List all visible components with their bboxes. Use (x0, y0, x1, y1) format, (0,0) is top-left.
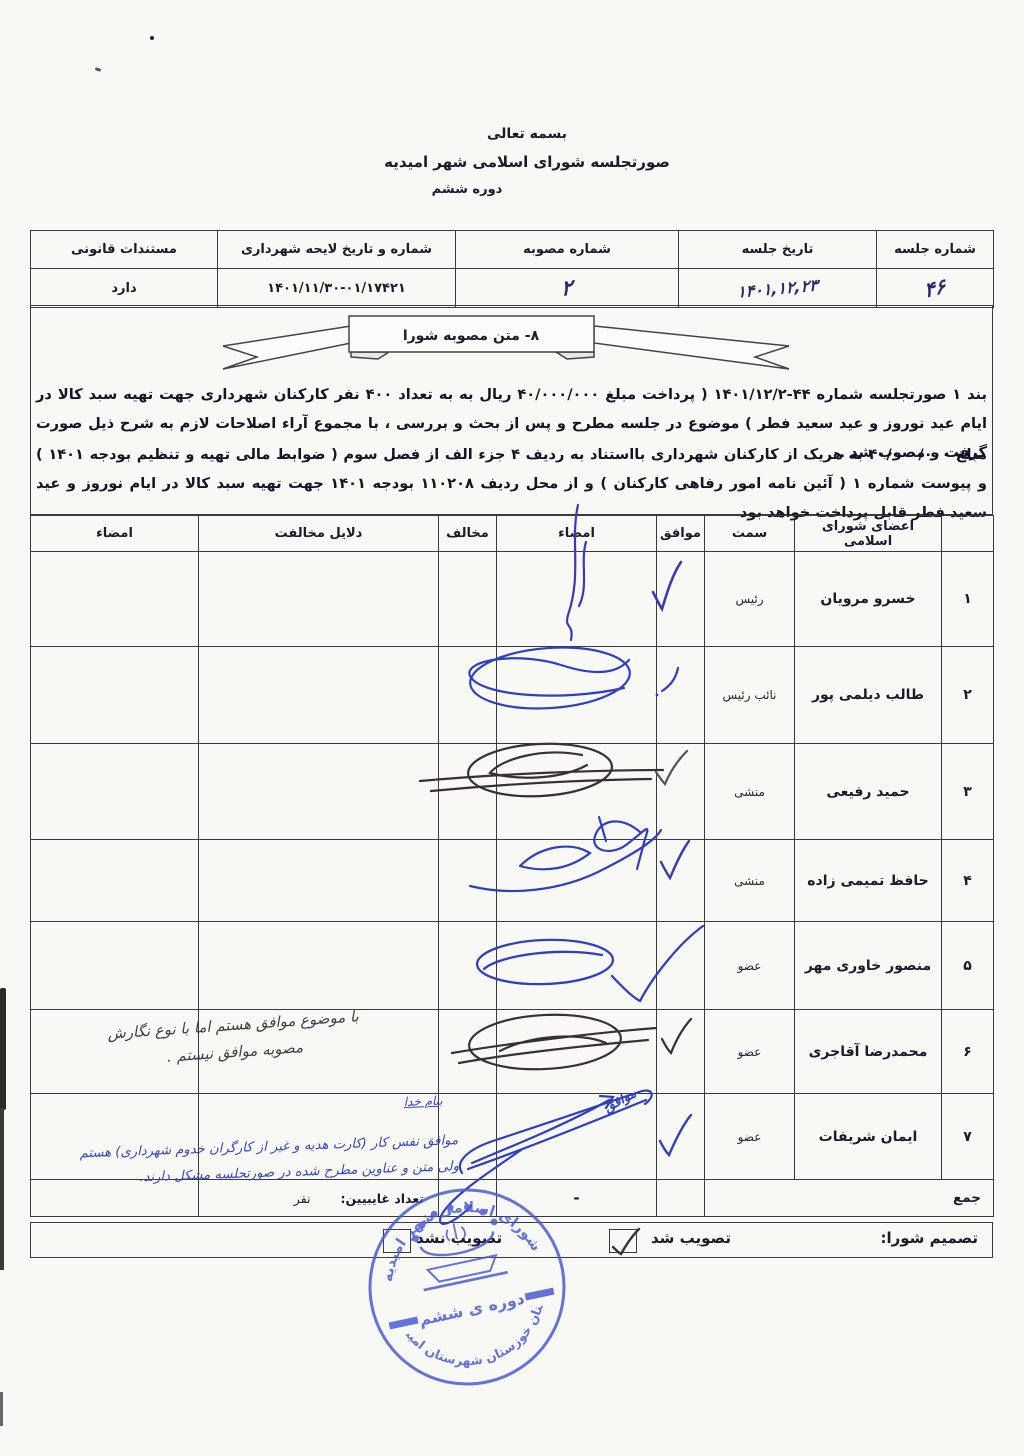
member-no: ۵ (942, 922, 994, 1010)
member-no: ۱ (942, 552, 994, 647)
stamp-band (386, 1279, 557, 1338)
agree-cell (657, 840, 705, 922)
oppose-cell (439, 744, 497, 840)
approved-checkbox (609, 1229, 637, 1253)
oppose-cell (439, 647, 497, 744)
oppose-reasons-cell (199, 744, 439, 840)
document-title: صورتجلسه شورای اسلامی شهر امیدیه (15, 153, 1024, 171)
members-header-oppose: مخالف (439, 516, 497, 552)
member-position: نائب رئیس (705, 647, 795, 744)
member-row: ۵ منصور خاوری مهر عضو (31, 922, 994, 1010)
not-approved-label: تصویب نشد (416, 1229, 502, 1247)
handwritten-resolution-no: ۲ (561, 275, 573, 301)
total-dash: - (497, 1180, 657, 1217)
signature-cell (497, 840, 657, 922)
resolution-box: ۸- متن مصوبه شورا بند ۱ صورتجلسه شماره ۴… (30, 305, 993, 515)
member-position: عضو (705, 922, 795, 1010)
member-name: طالب دیلمی پور (795, 647, 942, 744)
ribbon-left-tail (223, 326, 351, 369)
scan-artifact (0, 1108, 4, 1270)
oppose-reasons-cell (199, 647, 439, 744)
scanned-minutes-page: بسمه تعالی صورتجلسه شورای اسلامی شهر امی… (0, 0, 1024, 1456)
agree-cell (657, 552, 705, 647)
ribbon-fold (351, 352, 389, 359)
not-approved-checkbox (383, 1229, 411, 1253)
members-header-no (942, 516, 994, 552)
member-name: خسرو مرویان (795, 552, 942, 647)
members-header-signature: امضاء (497, 516, 657, 552)
member-no: ۶ (942, 1010, 994, 1094)
stamp-band-label: دوره ی ششم (417, 1289, 526, 1330)
member-position: منشی (705, 744, 795, 840)
objection-note-row7: بنام خدا موافق نفس کار (کارت هدیه و غیر … (4, 1074, 460, 1215)
members-header-position: سمت (705, 516, 795, 552)
oppose-cell (439, 552, 497, 647)
agree-cell (657, 1094, 705, 1180)
total-label: جمع (705, 1180, 994, 1217)
oppose-reasons-cell (199, 922, 439, 1010)
member-row: ۴ حافظ تمیمی زاده منشی (31, 840, 994, 922)
member-row: ۱ خسرو مرویان رئیس (31, 552, 994, 647)
scan-artifact (95, 67, 102, 72)
member-row: ۲ طالب دیلمی پور نائب رئیس (31, 647, 994, 744)
stamp-band-bars (389, 1291, 553, 1326)
agree-cell (657, 647, 705, 744)
signature-cell (497, 1094, 657, 1180)
member-position: عضو (705, 1010, 795, 1094)
objection-note-row7-header: بنام خدا (5, 1094, 443, 1123)
decision-bar: تصمیم شورا: تصویب شد تصویب نشد (30, 1222, 993, 1258)
signature-cell (497, 1010, 657, 1094)
signature-cell (497, 922, 657, 1010)
signature-cell-2 (31, 840, 199, 922)
ribbon-right-tail (594, 326, 789, 369)
handwritten-session-no: ۴۶ (923, 273, 947, 302)
members-header-agree: موافق (657, 516, 705, 552)
member-no: ۴ (942, 840, 994, 922)
info-value-resolution-no: ۲ (456, 269, 679, 308)
signature-cell (497, 552, 657, 647)
signature-cell-2 (31, 647, 199, 744)
ribbon-fold (556, 352, 594, 359)
member-name: حافظ تمیمی زاده (795, 840, 942, 922)
info-header-bill-no-date: شماره و تاریخ لایحه شهرداری (218, 231, 456, 269)
agree-cell (657, 922, 705, 1010)
member-no: ۷ (942, 1094, 994, 1180)
member-position: عضو (705, 1094, 795, 1180)
member-position: رئیس (705, 552, 795, 647)
oppose-cell (439, 840, 497, 922)
stamp-arc-bottom: استان خوزستان شهرستان امیدیه (394, 1286, 561, 1382)
signature-cell-2 (31, 552, 199, 647)
signature-cell-2 (31, 744, 199, 840)
oppose-cell (439, 922, 497, 1010)
member-no: ۳ (942, 744, 994, 840)
oppose-reasons-cell (199, 840, 439, 922)
member-name: منصور خاوری مهر (795, 922, 942, 1010)
session-info-table: شماره جلسه تاریخ جلسه شماره مصوبه شماره … (30, 230, 994, 308)
term-label: دوره ششم (0, 182, 979, 197)
document-header: بسمه تعالی صورتجلسه شورای اسلامی شهر امی… (0, 126, 1024, 197)
member-position: منشی (705, 840, 795, 922)
objection-note-row7-body: موافق نفس کار (کارت هدیه و غیر از کارگرا… (6, 1128, 460, 1196)
bismillah: بسمه تعالی (15, 126, 1024, 142)
agree-cell (657, 1010, 705, 1094)
banner-label: ۸- متن مصوبه شورا (403, 328, 540, 344)
signature-cell-2 (31, 922, 199, 1010)
banner-ribbon: ۸- متن مصوبه شورا (217, 312, 797, 374)
info-header-resolution-no: شماره مصوبه (456, 231, 679, 269)
agree-cell (657, 744, 705, 840)
info-value-session-date: ۱۴۰۱,۱۲,۲۳ (679, 269, 877, 308)
members-header-oppose-reasons: دلایل مخالفت (199, 516, 439, 552)
info-header-legal-docs: مستندات قانونی (31, 231, 218, 269)
total-agree-empty (657, 1180, 705, 1217)
signature-cell (497, 744, 657, 840)
member-no: ۲ (942, 647, 994, 744)
oppose-reasons-cell (199, 552, 439, 647)
info-value-session-no: ۴۶ (877, 269, 994, 308)
member-name: محمدرضا آقاجری (795, 1010, 942, 1094)
signature-cell (497, 647, 657, 744)
member-row: ۳ حمید رفیعی منشی (31, 744, 994, 840)
info-header-session-date: تاریخ جلسه (679, 231, 877, 269)
member-name: ایمان شریفات (795, 1094, 942, 1180)
scan-artifact (0, 1392, 3, 1426)
decision-label: تصمیم شورا: (880, 1229, 978, 1247)
resolution-paragraph-2: مبلغ ۴۰/۰۰۰/۰۰۰ به هریک از کارکنان شهردا… (36, 440, 987, 527)
info-value-bill-no-date: ۱۴۰۱/۱۱/۳۰-۰۱/۱۷۴۲۱ (218, 269, 456, 308)
approved-label: تصویب شد (651, 1229, 731, 1247)
handwritten-session-date: ۱۴۰۱,۱۲,۲۳ (737, 275, 818, 301)
members-header-name: اعضای شورای اسلامی (795, 516, 942, 552)
member-name: حمید رفیعی (795, 744, 942, 840)
info-value-legal-docs: دارد (31, 269, 218, 308)
scan-artifact (150, 36, 154, 40)
members-header-signature-2: امضاء (31, 516, 199, 552)
info-header-session-no: شماره جلسه (877, 231, 994, 269)
svg-text:استان خوزستان شهرستان امیدیه: استان خوزستان شهرستان امیدیه (394, 1286, 561, 1382)
